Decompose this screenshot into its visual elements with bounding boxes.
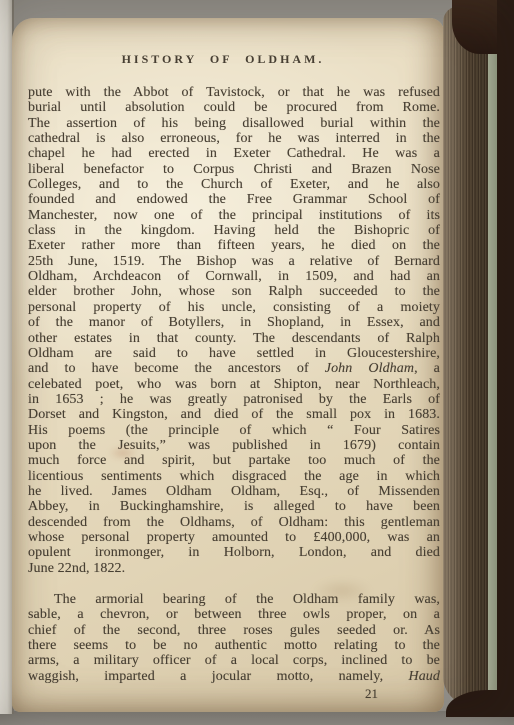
text-line: he lived. James Oldham Oldham, Esq., of … [28,484,440,499]
text-line: 25th June, 1519. The Bishop was a relati… [28,254,440,269]
text-line: burial until absolution could be procure… [28,100,440,115]
table-surface [0,711,514,725]
text-line: Exeter rather more than fifteen years, h… [28,238,440,253]
text-line: The assertion of his being disallowed bu… [28,116,440,131]
text-line: licentious sentiments which disgraced th… [28,469,440,484]
text-line: opulent ironmonger, in Holborn, London, … [28,545,440,560]
text-line: descended from the Oldhams, of Oldham: t… [28,515,440,530]
text-line: of the manor of Botyllers, in Shopland, … [28,315,440,330]
text-line: June 22nd, 1822. [28,561,440,576]
text-line: Oldham, Archdeacon of Cornwall, in 1509,… [28,269,440,284]
text-line: much force and spirit, but partake too m… [28,453,440,468]
text-line: personal property of his uncle, consisti… [28,300,440,315]
book-page: HISTORY OF OLDHAM. pute with the Abbot o… [12,18,444,712]
text-line: class in the kingdom. Having held the Bi… [28,223,440,238]
text-line: chapel he had erected in Exeter Cathedra… [28,146,440,161]
text-line: His poems (the principle of which “ Four… [28,423,440,438]
text-line: liberal benefactor to Corpus Christi and… [28,162,440,177]
text-line: waggish, imparted a jocular motto, namel… [28,669,440,684]
book-cover-right [497,0,514,717]
text-line: chief of the second, three roses gules s… [28,623,440,638]
text-line: The armorial bearing of the Oldham famil… [28,592,440,607]
text-line: Dorset and Kingston, and died of the sma… [28,407,440,422]
text-line: pute with the Abbot of Tavistock, or tha… [28,85,440,100]
text-line: Colleges, and to the Church of Exeter, a… [28,177,440,192]
text-line: in 1653 ; he was greatly patronised by t… [28,392,440,407]
body-text: pute with the Abbot of Tavistock, or tha… [28,85,440,684]
text-line: celebated poet, who was born at Shipton,… [28,377,440,392]
text-line: there seems to be no authentic motto rel… [28,638,440,653]
text-line: Abbey, in Buckinghamshire, is alleged to… [28,499,440,514]
text-line: upon the Jesuits,” was published in 1679… [28,438,440,453]
text-line: cathedral is also erroneous, for he was … [28,131,440,146]
text-line: whose personal property amounted to £400… [28,530,440,545]
paragraph-2: The armorial bearing of the Oldham famil… [28,592,440,684]
text-line: other estates in that county. The descen… [28,331,440,346]
book-photo: HISTORY OF OLDHAM. pute with the Abbot o… [0,0,514,725]
text-line: founded and endowed the Free Grammar Sch… [28,192,440,207]
text-line: sable, a chevron, or between three owls … [28,607,440,622]
paragraph-1: pute with the Abbot of Tavistock, or tha… [28,85,440,576]
page-number: 21 [365,686,378,702]
text-line: Oldham are said to have settled in Glouc… [28,346,440,361]
text-line: elder brother John, whose son Ralph succ… [28,284,440,299]
text-line: arms, a military officer of a local corp… [28,653,440,668]
text-line: and to have become the ancestors of John… [28,361,440,376]
running-header: HISTORY OF OLDHAM. [12,52,434,67]
text-line: Manchester, now one of the principal ins… [28,208,440,223]
page-fore-edge [443,6,491,706]
